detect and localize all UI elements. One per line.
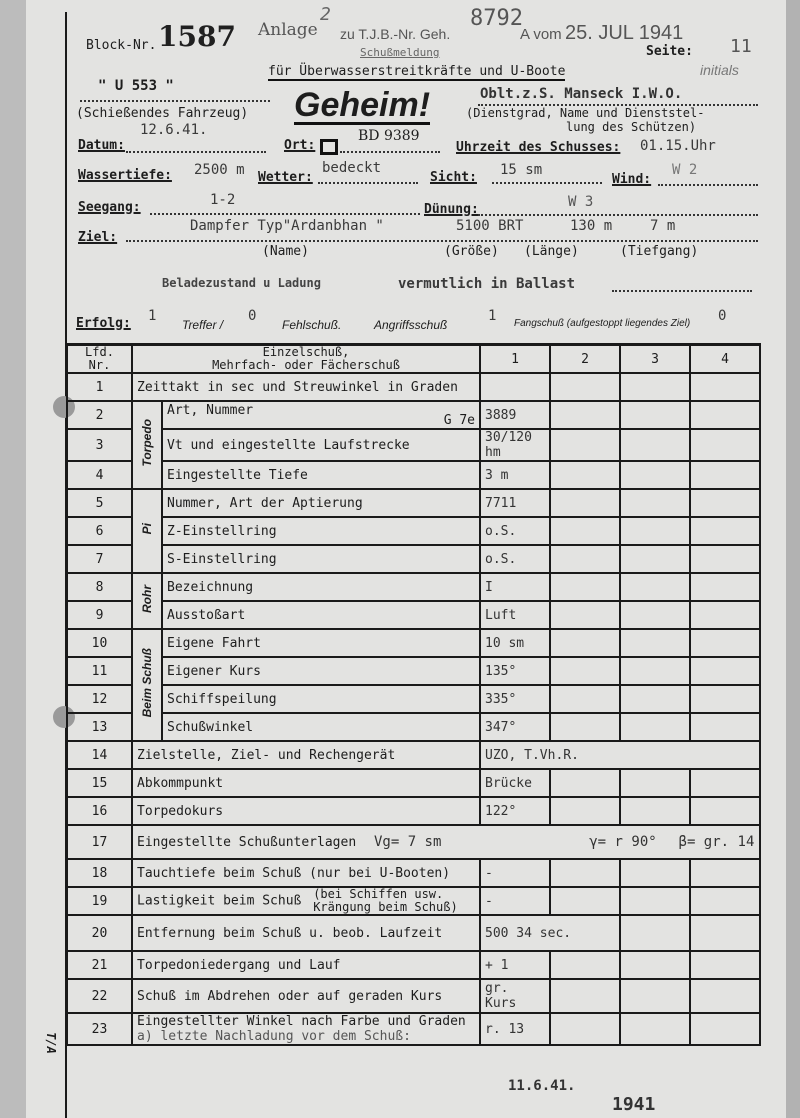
ziel-name: Dampfer Typ"Ardanbhan "	[190, 218, 384, 234]
table-row: 13 Schußwinkel 347°	[67, 713, 760, 741]
anlage-number: 8792	[470, 6, 523, 31]
table-row: 7 S-Einstellring o.S.	[67, 545, 760, 573]
anlage-label: Anlage	[258, 20, 318, 40]
sicht-value: 15 sm	[500, 162, 542, 178]
fangschuss-value: 0	[718, 308, 726, 324]
table-row: 4 Eingestellte Tiefe 3 m	[67, 461, 760, 489]
wind-label: Wind:	[612, 172, 651, 187]
wetter-label: Wetter:	[258, 170, 313, 185]
margin-note: T/A	[44, 1032, 58, 1054]
table-row: 22 Schuß im Abdrehen oder auf geraden Ku…	[67, 979, 760, 1013]
ort-label: Ort:	[284, 138, 315, 153]
beladung-value: vermutlich in Ballast	[398, 276, 575, 292]
classification-stamp: Geheim!	[294, 88, 430, 125]
table-row: 15 Abkommpunkt Brücke	[67, 769, 760, 797]
table-header: Lfd. Nr. Einzelschuß,Mehrfach- oder Fäch…	[67, 345, 760, 374]
group-beim-schuss: Beim Schuß	[132, 629, 162, 741]
block-label: Block-Nr.	[86, 38, 156, 53]
table-row: 1 Zeittakt in sec und Streuwinkel in Gra…	[67, 373, 760, 401]
wind-value: W 2	[672, 162, 697, 178]
signature: initials	[700, 62, 739, 78]
uhrzeit-value: 01.15.Uhr	[640, 138, 716, 154]
table-row: 12 Schiffspeilung 335°	[67, 685, 760, 713]
ziel-laenge: 130 m	[570, 218, 612, 234]
angriffsschuss-label: Angriffsschuß	[374, 318, 447, 332]
header-col-4: 4	[690, 345, 760, 374]
form-title-1: Schußmeldung	[360, 46, 439, 59]
shooter-caption-2: lung des Schützen)	[566, 120, 696, 134]
wetter-value: bedeckt	[322, 160, 381, 176]
table-row: 17 Eingestellte Schußunterlagen Vg= 7 sm…	[67, 825, 760, 859]
bd-ref: BD 9389	[358, 128, 420, 144]
treffer-label: Treffer /	[182, 318, 223, 332]
seite-label: Seite:	[646, 44, 693, 59]
seegang-label: Seegang:	[78, 200, 141, 215]
shot-table: Lfd. Nr. Einzelschuß,Mehrfach- oder Fäch…	[66, 343, 761, 1046]
header-desc: Einzelschuß,Mehrfach- oder Fächerschuß	[132, 345, 480, 374]
ziel-groesse: 5100 BRT	[456, 218, 523, 234]
caption-tiefgang: (Tiefgang)	[620, 244, 698, 259]
fangschuss-label: Fangschuß (aufgestoppt liegendes Ziel)	[514, 318, 690, 329]
table-row: 3 Vt und eingestellte Laufstrecke 30/120…	[67, 429, 760, 461]
treffer-value: 1	[148, 308, 156, 324]
table-row: 18 Tauchtiefe beim Schuß (nur bei U-Boot…	[67, 859, 760, 887]
ort-redacted-box	[320, 139, 338, 155]
duenung-value: W 3	[568, 194, 593, 210]
erfolg-label: Erfolg:	[76, 316, 131, 331]
uhrzeit-label: Uhrzeit des Schusses:	[456, 140, 620, 155]
fehlschuss-value: 0	[248, 308, 256, 324]
table-row: 23 Eingestellter Winkel nach Farbe und G…	[67, 1013, 760, 1045]
scan-margin	[0, 0, 26, 1118]
datum-value: 12.6.41.	[140, 122, 207, 138]
sicht-label: Sicht:	[430, 170, 477, 185]
caption-name: (Name)	[262, 244, 309, 259]
table-row: 6 Z-Einstellring o.S.	[67, 517, 760, 545]
shooter-caption-1: (Dienstgrad, Name und Dienststel-	[466, 106, 704, 120]
group-rohr: Rohr	[132, 573, 162, 629]
anlage-ref: zu T.J.B.-Nr. Geh.	[340, 26, 450, 42]
caption-groesse: (Größe)	[444, 244, 499, 259]
date-label: A vom	[520, 26, 562, 43]
vessel-value: " U 553 "	[98, 78, 174, 94]
header-col-3: 3	[620, 345, 690, 374]
table-row: 16 Torpedokurs 122°	[67, 797, 760, 825]
table-row: 8 Rohr Bezeichnung I	[67, 573, 760, 601]
table-row: 11 Eigener Kurs 135°	[67, 657, 760, 685]
header-col-2: 2	[550, 345, 620, 374]
caption-laenge: (Länge)	[524, 244, 579, 259]
ziel-tiefgang: 7 m	[650, 218, 675, 234]
table-row: 21 Torpedoniedergang und Lauf + 1	[67, 951, 760, 979]
table-row: 2 Torpedo Art, NummerG 7e 3889	[67, 401, 760, 429]
table-row: 19 Lastigkeit beim Schuß (bei Schiffen u…	[67, 887, 760, 915]
group-torpedo: Torpedo	[132, 401, 162, 489]
vessel-caption: (Schießendes Fahrzeug)	[76, 106, 248, 121]
table-row: 9 Ausstoßart Luft	[67, 601, 760, 629]
block-number: 1587	[158, 20, 236, 53]
form-title-2: für Überwasserstreitkräfte und U-Boote	[268, 64, 565, 81]
header-nr: Lfd. Nr.	[67, 345, 132, 374]
seegang-value: 1-2	[210, 192, 235, 208]
seite-value: 11	[730, 36, 752, 57]
table-row: 10 Beim Schuß Eigene Fahrt 10 sm	[67, 629, 760, 657]
scan-edge	[786, 0, 800, 1118]
ziel-label: Ziel:	[78, 230, 117, 245]
shooter-value: Oblt.z.S. Manseck I.W.O.	[480, 86, 682, 102]
beladung-label: Beladezustand u Ladung	[162, 276, 321, 290]
duenung-label: Dünung:	[424, 202, 479, 217]
header-col-1: 1	[480, 345, 550, 374]
footer-year: 1941	[612, 1094, 655, 1115]
angriffsschuss-value: 1	[488, 308, 496, 324]
table-row: 14 Zielstelle, Ziel- und Rechengerät UZO…	[67, 741, 760, 769]
fehlschuss-label: Fehlschuß.	[282, 318, 341, 332]
footer-value: 11.6.41.	[508, 1078, 575, 1094]
table-row: 20 Entfernung beim Schuß u. beob. Laufze…	[67, 915, 760, 951]
wassertiefe-value: 2500 m	[194, 162, 245, 178]
table-row: 5 Pi Nummer, Art der Aptierung 7711	[67, 489, 760, 517]
stamp-date: 25. JUL 1941	[565, 22, 683, 45]
group-pi: Pi	[132, 489, 162, 573]
anlage-value: 2	[320, 4, 331, 25]
datum-label: Datum:	[78, 138, 125, 153]
wassertiefe-label: Wassertiefe:	[78, 168, 172, 183]
